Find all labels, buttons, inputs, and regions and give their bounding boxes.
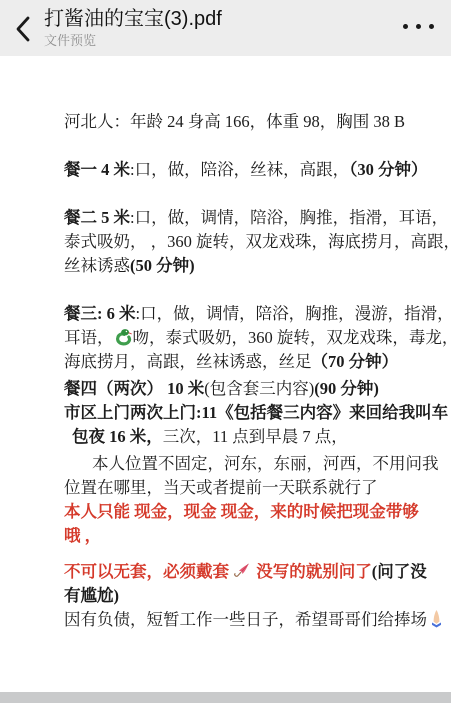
text-segment: 市区上门两次上门:11《包括餐三内容》来回给我叫车 [64,403,448,422]
text-segment: (50 分钟) [130,256,195,275]
paragraph: 包夜 16 米，三次，11 点到早晨 7 点， [64,425,411,449]
paragraph: 餐一 4 米:口，做，陪浴，丝袜，高跟，（30 分钟） [64,158,411,182]
page-end-bar [0,692,451,703]
text-segment: :口，做，调情，陪浴，胸推，漫游，指滑， [136,304,451,323]
text-segment: 不可以无套，必须戴套 [64,562,233,581]
more-options-button[interactable] [397,14,439,38]
text-segment: 餐四（两次） 10 米 [64,379,204,398]
doc-line: 因有负债，短暂工作一些日子，希望哥哥们给捧场 [64,608,411,632]
doc-line: 包夜 16 米，三次，11 点到早晨 7 点， [64,425,411,449]
doc-line: 位置在哪里，当天或者提前一天联系就行了 [64,476,411,500]
text-segment: :口，做，陪浴，丝袜，高跟， [130,160,349,179]
header-bar: 打酱油的宝宝(3).pdf 文件预览 [0,0,451,56]
text-segment: 三次，11 点到早晨 7 点， [163,427,348,446]
text-segment: 本人只能 现金，现金 现金，来的时候把现金带够 [64,502,419,521]
doc-line: 不可以无套，必须戴套 没写的就别问了(问了没 [64,560,411,584]
paragraph: 餐二 5 米:口，做，调情，陪浴，胸推，指滑，耳语，泰式吸奶， ，360 旋转，… [64,206,411,278]
file-title: 打酱油的宝宝(3).pdf [44,7,222,31]
chevron-left-icon [15,15,31,43]
text-segment: 餐二 5 米 [64,208,130,227]
doc-line: 本人只能 现金，现金 现金，来的时候把现金带够 [64,500,411,524]
text-segment: 吻，泰式吸奶，360 旋转，双龙戏珠，毒龙， [133,328,451,347]
text-segment: （30 分钟） [349,160,427,179]
text-segment: (包含套三内容) [204,379,314,398]
doc-line: 餐四（两次） 10 米(包含套三内容)(90 分钟) [64,377,411,401]
text-segment: 哦 ， [64,526,101,545]
text-segment: 丝袜诱惑 [64,256,130,275]
paragraph: 因有负债，短暂工作一些日子，希望哥哥们给捧场 [64,608,411,632]
paragraph: 餐三: 6 米:口，做，调情，陪浴，胸推，漫游，指滑，耳语，吻，泰式吸奶，360… [64,302,411,374]
text-segment: 有尴尬) [64,586,119,605]
text-segment: :口，做，调情，陪浴，胸推，指滑，耳语， [130,208,448,227]
doc-line: 餐二 5 米:口，做，调情，陪浴，胸推，指滑，耳语， [64,206,411,230]
text-segment: 餐一 4 米 [64,160,130,179]
doc-line: 有尴尬) [64,584,411,608]
text-segment: 因有负债，短暂工作一些日子，希望哥哥们给捧场 [64,610,427,629]
document-viewer[interactable]: 河北人：年龄 24 身高 166，体重 98，胸围 38 B餐一 4 米:口，做… [0,56,451,692]
paragraph: 本人位置不固定，河东，东丽，河西，不用问我位置在哪里，当天或者提前一天联系就行了 [64,452,411,500]
text-segment: 包夜 16 米， [64,427,163,446]
closed-umbrella-emoji-icon [233,561,252,580]
doc-line: 泰式吸奶， ，360 旋转，双龙戏珠，海底捞月，高跟， [64,230,411,254]
paragraph: 市区上门两次上门:11《包括餐三内容》来回给我叫车 [64,401,411,425]
title-block: 打酱油的宝宝(3).pdf 文件预览 [44,7,222,49]
text-segment: 本人位置不固定，河东，东丽，河西，不用问我 [64,454,439,473]
text-segment: (90 分钟) [314,379,379,398]
ellipsis-icon [403,24,434,29]
back-button[interactable] [6,10,40,48]
doc-line: 市区上门两次上门:11《包括餐三内容》来回给我叫车 [64,401,411,425]
text-segment: 没写的就别问了 [252,562,372,581]
text-segment: 耳语， [64,328,114,347]
snake-emoji-icon [114,327,133,346]
doc-line: 丝袜诱惑(50 分钟) [64,254,411,278]
doc-line: 河北人：年龄 24 身高 166，体重 98，胸围 38 B [64,110,411,134]
file-subtitle: 文件预览 [44,33,222,49]
text-segment: (问了没 [372,562,427,581]
text-segment: 餐三: 6 米 [64,304,136,323]
doc-line: 餐三: 6 米:口，做，调情，陪浴，胸推，漫游，指滑， [64,302,411,326]
text-segment: 河北人：年龄 24 身高 166，体重 98，胸围 38 B [64,112,405,131]
doc-line: 耳语，吻，泰式吸奶，360 旋转，双龙戏珠，毒龙， [64,326,411,350]
text-segment: 泰式吸奶， ，360 旋转，双龙戏珠，海底捞月，高跟， [64,232,451,251]
file-preview-screen: 打酱油的宝宝(3).pdf 文件预览 河北人：年龄 24 身高 166，体重 9… [0,0,451,703]
doc-line: 海底捞月，高跟，丝袜诱惑，丝足（70 分钟） [64,350,411,374]
folded-hands-emoji-icon [427,609,446,628]
paragraph: 不可以无套，必须戴套 没写的就别问了(问了没有尴尬) [64,560,411,608]
doc-line: 餐一 4 米:口，做，陪浴，丝袜，高跟，（30 分钟） [64,158,411,182]
paragraph: 餐四（两次） 10 米(包含套三内容)(90 分钟) [64,377,411,401]
paragraph: 本人只能 现金，现金 现金，来的时候把现金带够哦 ， [64,500,411,548]
text-segment: 位置在哪里，当天或者提前一天联系就行了 [64,478,378,497]
text-segment: （70 分钟） [312,352,399,371]
doc-line: 本人位置不固定，河东，东丽，河西，不用问我 [64,452,411,476]
doc-line: 哦 ， [64,524,411,548]
text-segment: 海底捞月，高跟，丝袜诱惑，丝足 [64,352,312,371]
paragraph: 河北人：年龄 24 身高 166，体重 98，胸围 38 B [64,110,411,134]
